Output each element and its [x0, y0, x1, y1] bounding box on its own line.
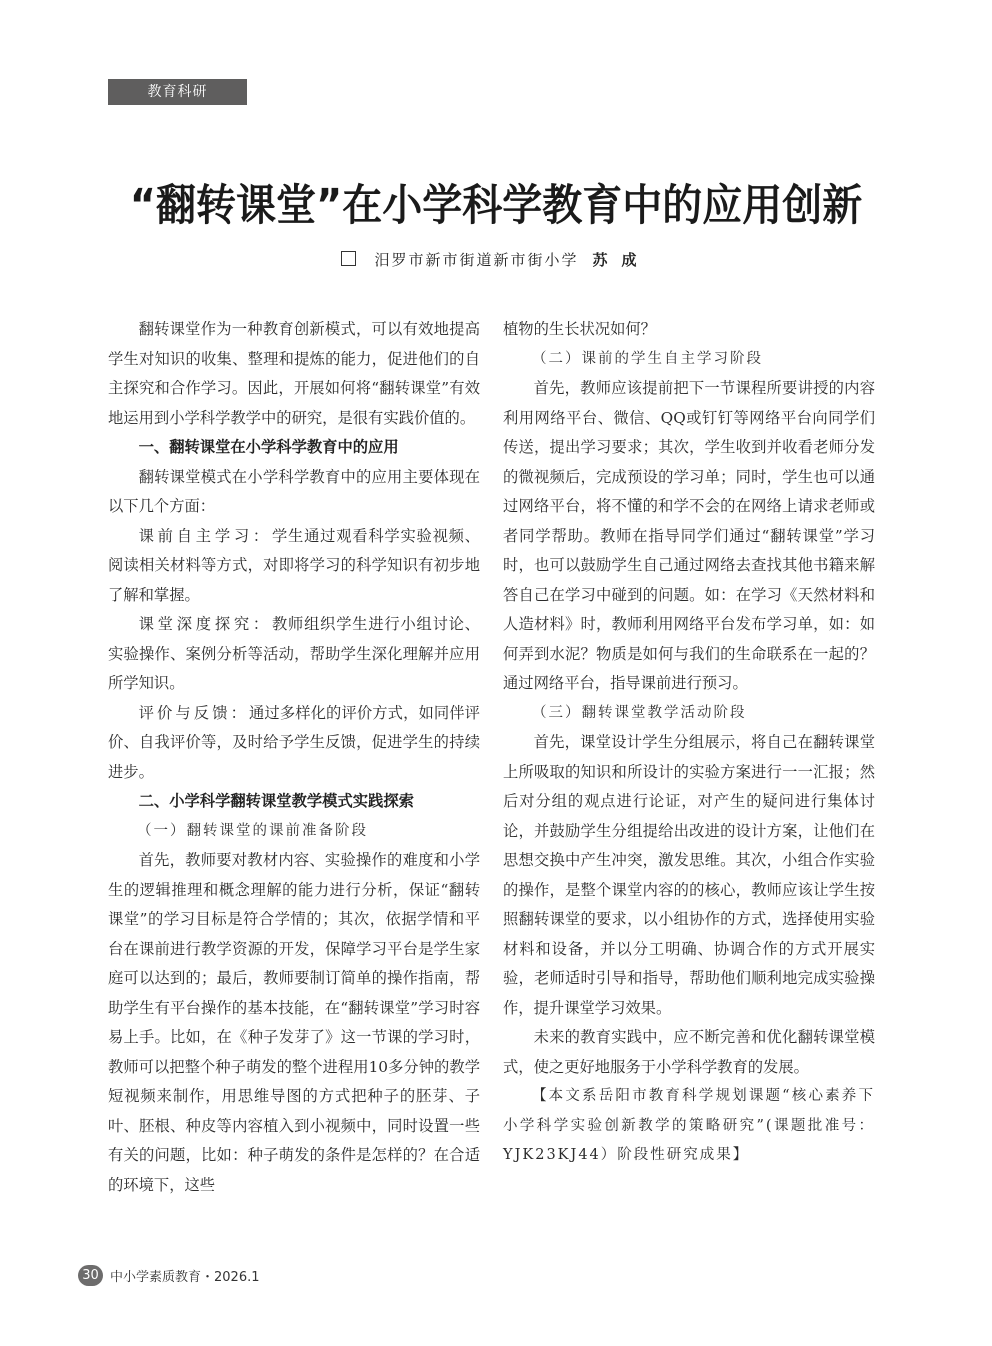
subsection-heading-2: （二）课前的学生自主学习阶段	[503, 345, 875, 375]
item-lead: 课堂深度探究：	[139, 615, 272, 633]
article-title: “翻转课堂”在小学科学教育中的应用创新	[0, 176, 992, 236]
intro-paragraph: 翻转课堂作为一种教育创新模式，可以有效地提高学生对知识的收集、整理和提炼的能力，…	[108, 315, 480, 433]
list-item-preclass: 课前自主学习：学生通过观看科学实验视频、阅读相关材料等方式，对即将学习的科学知识…	[108, 522, 480, 611]
journal-issue: 中小学素质教育・2026.1	[110, 1266, 260, 1285]
paragraph: 翻转课堂模式在小学科学教育中的应用主要体现在以下几个方面：	[108, 463, 480, 522]
paragraph: 首先，课堂设计学生分组展示，将自己在翻转课堂上所吸取的知识和所设计的实验方案进行…	[503, 728, 875, 1023]
list-item-inclass: 课堂深度探究：教师组织学生进行小组讨论、实验操作、案例分析等活动，帮助学生深化理…	[108, 610, 480, 699]
author-name: 苏成	[593, 251, 651, 269]
section-heading-1: 一、翻转课堂在小学科学教育中的应用	[108, 433, 480, 463]
page-number-badge: 30	[78, 1265, 103, 1286]
funding-note: 【本文系岳阳市教育科学规划课题“核心素养下小学科学实验创新教学的策略研究”(课题…	[503, 1082, 875, 1171]
conclusion-paragraph: 未来的教育实践中，应不断完善和优化翻转课堂模式，使之更好地服务于小学科学教育的发…	[503, 1023, 875, 1082]
section-tag: 教育科研	[108, 79, 247, 105]
list-item-evaluation: 评价与反馈：通过多样化的评价方式，如同伴评价、自我评价等，及时给予学生反馈，促进…	[108, 699, 480, 788]
paragraph: 首先，教师应该提前把下一节课程所要讲授的内容利用网络平台、微信、QQ或钉钉等网络…	[503, 374, 875, 699]
page-footer: 30 中小学素质教育・2026.1	[78, 1263, 260, 1287]
byline: 汨罗市新市街道新市街小学苏成	[0, 249, 992, 271]
item-lead: 评价与反馈：	[139, 704, 249, 722]
subsection-heading-1: （一）翻转课堂的课前准备阶段	[108, 817, 480, 847]
left-column: 翻转课堂作为一种教育创新模式，可以有效地提高学生对知识的收集、整理和提炼的能力，…	[108, 315, 480, 1200]
author-organization: 汨罗市新市街道新市街小学	[374, 251, 578, 269]
subsection-heading-3: （三）翻转课堂教学活动阶段	[503, 699, 875, 729]
section-heading-2: 二、小学科学翻转课堂教学模式实践探索	[108, 787, 480, 817]
right-column: 植物的生长状况如何？ （二）课前的学生自主学习阶段 首先，教师应该提前把下一节课…	[503, 315, 875, 1171]
paragraph: 首先，教师要对教材内容、实验操作的难度和小学生的逻辑推理和概念理解的能力进行分析…	[108, 846, 480, 1200]
byline-marker-icon	[341, 251, 356, 266]
item-lead: 课前自主学习：	[139, 527, 272, 545]
paragraph-continuation: 植物的生长状况如何？	[503, 315, 875, 345]
